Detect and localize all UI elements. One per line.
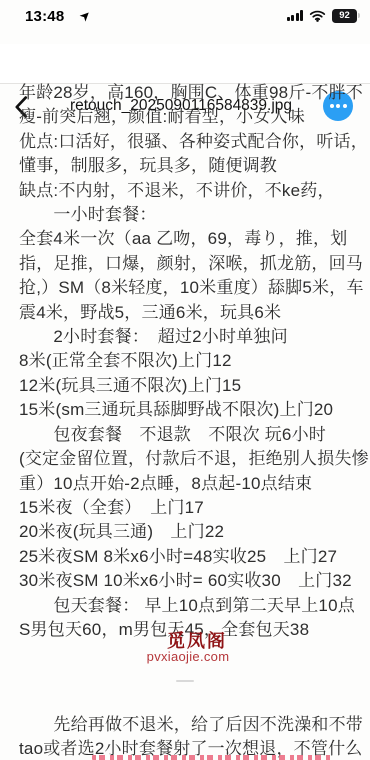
image-text-line: 指，足推，口爆，颜射，深喉，抓龙筋，回马 bbox=[0, 252, 370, 276]
image-text-line: 30米夜SM 10米x6小时= 60实收30 上门32 bbox=[0, 569, 370, 593]
signal-bars-icon bbox=[287, 10, 304, 21]
location-arrow-icon: ➤ bbox=[76, 6, 95, 25]
image-text-line: 2小时套餐： 超过2小时单独问 bbox=[0, 325, 370, 349]
image-text-line: 15米(sm三通玩具舔脚野战不限次)上门20 bbox=[0, 398, 370, 422]
status-bar: 13:48 ➤ 92 bbox=[0, 0, 370, 32]
next-image-preview[interactable]: 先给再做不退米，给了后因不洗澡和不带tao或者选2小时套餐射了一次想退，不管什么 bbox=[0, 713, 370, 760]
image-text-line: 包夜套餐 不退款 不限次 玩6小时 bbox=[0, 423, 370, 447]
image-text-line: 优点:口活好，很骚、各种姿式配合你，听话， bbox=[0, 130, 370, 154]
image-text-line: 一小时套餐： bbox=[0, 203, 370, 227]
image-text-line: 25米夜SM 8米x6小时=48实收25 上门27 bbox=[0, 545, 370, 569]
image-text-line: 8米(正常全套不限次)上门12 bbox=[0, 349, 370, 373]
battery-icon: 92 bbox=[332, 9, 357, 23]
phone-screen: 13:48 ➤ 92 retouch_2025090116584839.jpg bbox=[0, 0, 370, 760]
battery-percent: 92 bbox=[339, 10, 350, 21]
image-text-line: 抢,）SM（8米轻度，10米重度）舔脚5米，车 bbox=[0, 276, 370, 300]
image-text-line: 缺点:不内射，不退米，不讲价，不ke药， bbox=[0, 179, 370, 203]
image-text-line: 重）10点开始-2点睡，8点起-10点结束 bbox=[0, 472, 370, 496]
watermark-url: pvxiaojie.com bbox=[0, 649, 370, 664]
image-text-line: 全套4米一次（aa 乙吻，69，毒り，推，划 bbox=[0, 227, 370, 251]
status-icons: 92 bbox=[287, 9, 358, 23]
image-separator bbox=[176, 680, 194, 682]
image-text-line: (交定金留位置，付款后不退，拒绝别人损失惨 bbox=[0, 447, 370, 471]
image-text-line: 包天套餐： 早上10点到第二天早上10点 bbox=[0, 594, 370, 618]
image-text-line: 懂事，制服多，玩具多，随便调教 bbox=[0, 154, 370, 178]
image-text-line: 12米(玩具三通不限次)上门15 bbox=[0, 374, 370, 398]
image-text-line: 年龄28岁，高160，胸围C、体重98斤-不胖不 bbox=[0, 81, 370, 105]
image-viewer[interactable]: 年龄28岁，高160，胸围C、体重98斤-不胖不瘦-前突后翘，颜值:耐看型，小女… bbox=[0, 81, 370, 642]
image-text-line: 震4米，野战5，三通6米，玩具6米 bbox=[0, 301, 370, 325]
title-bar: retouch_2025090116584839.jpg bbox=[0, 44, 370, 84]
cutoff-red-text bbox=[92, 755, 332, 760]
clock: 13:48 bbox=[25, 8, 64, 25]
wifi-icon bbox=[309, 10, 326, 22]
image-text-line: 15米夜（全套） 上门17 bbox=[0, 496, 370, 520]
image-text-line: 20米夜(玩具三通) 上门22 bbox=[0, 520, 370, 544]
image-text-line: 瘦-前突后翘，颜值:耐看型，小女人味 bbox=[0, 105, 370, 129]
image-text-line: 先给再做不退米，给了后因不洗澡和不带 bbox=[0, 713, 370, 737]
